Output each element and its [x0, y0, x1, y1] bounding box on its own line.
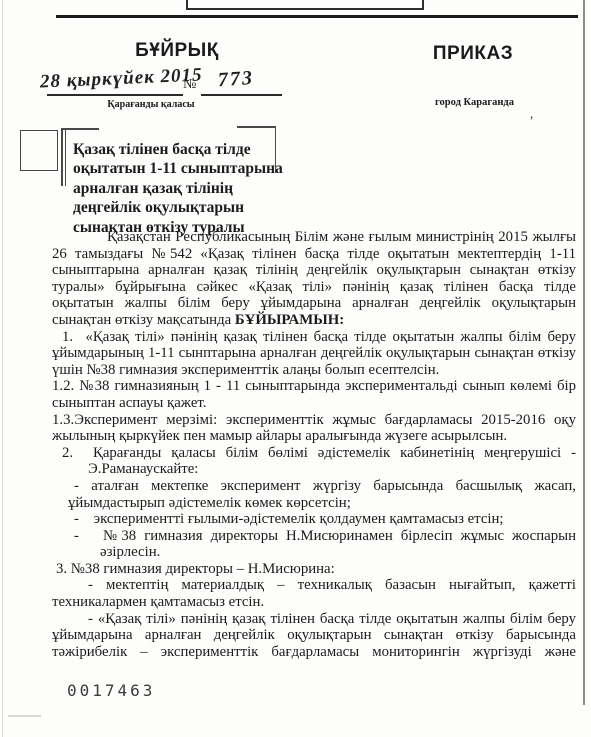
order-verb-bold: БҰЙЫРАМЫН:	[235, 312, 344, 328]
order-title-line: деңгейлік оқулықтарын	[73, 198, 273, 217]
item-1-3: 1.3.Эксперимент мерзімі: эксперименттік …	[52, 412, 576, 445]
title-box-left-border-inner	[65, 128, 66, 186]
top-partial-stamp-box	[186, 0, 424, 10]
header-divider-rule	[56, 15, 578, 18]
form-serial-number: 0017463	[67, 681, 155, 700]
order-title-line: арналған қазақ тілінің	[73, 179, 273, 198]
item-1: 1. «Қазақ тілі» пәнінің қазақ тілінен ба…	[52, 329, 576, 379]
item-2: 2. Қарағанды қаласы білім бөлімі әдістем…	[52, 445, 576, 478]
order-title-line: Қазақ тілінен басқа тілде	[73, 140, 273, 159]
item-1-2: 1.2. №38 гимназияның 1 - 11 сыныптарында…	[52, 378, 576, 411]
handwritten-date: 28 қыркүйек 2015	[40, 64, 203, 93]
scan-right-edge-line	[583, 0, 585, 705]
city-label-russian: город Караганда	[412, 97, 537, 108]
item-2-dash-1: - аталған мектепке эксперимент жүргізу б…	[52, 478, 576, 511]
scan-left-edge-line	[2, 0, 3, 737]
title-box-top-border-left	[61, 128, 99, 130]
number-sign: №	[183, 77, 196, 93]
small-stamp-box	[20, 130, 58, 171]
city-label-kazakh: Қарағанды қаласы	[88, 99, 214, 110]
order-heading-kazakh: БҰЙРЫҚ	[57, 40, 297, 62]
order-title: Қазақ тілінен басқа тілде оқытатын 1-11 …	[73, 140, 273, 237]
title-box-left-border	[61, 128, 63, 186]
item-3-dash-1: - мектептің материалдық – техникалық баз…	[52, 577, 576, 610]
date-underline	[47, 94, 183, 96]
item-2-dash-2: - экспериментті ғылыми-әдістемелік қолда…	[52, 511, 576, 528]
item-3: 3. №38 гимназия директоры – Н.Мисюрина:	[52, 561, 576, 578]
scan-bottom-artifact	[8, 715, 41, 717]
item-2-dash-3: - №38 гимназия директоры Н.Мисюринамен б…	[52, 528, 576, 561]
number-underline	[201, 94, 282, 96]
handwritten-order-number: 773	[217, 67, 255, 92]
preamble-paragraph: Қазақстан Республикасының Білім және ғыл…	[52, 229, 576, 329]
order-heading-russian: ПРИКАЗ	[398, 43, 548, 65]
stray-ink-mark: ,	[530, 106, 533, 122]
order-title-line: оқытатын 1-11 сыныптарына	[73, 159, 273, 178]
scanned-order-document: БҰЙРЫҚ ПРИКАЗ 28 қыркүйек 2015 № 773 Қар…	[0, 0, 591, 737]
item-3-dash-2: - «Қазақ тілі» пәнінің қазақ тілінен бас…	[52, 611, 576, 661]
order-body: Қазақстан Республикасының Білім және ғыл…	[52, 229, 576, 660]
title-box-top-border-right	[237, 126, 276, 128]
